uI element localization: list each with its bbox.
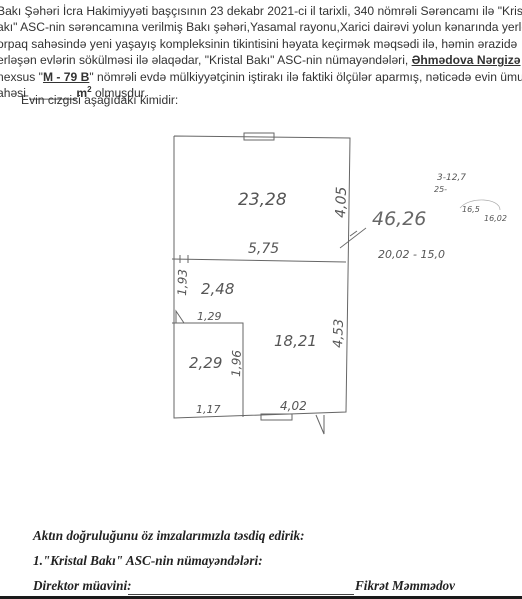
dim-hall-left: 1,93 [175, 269, 190, 296]
entrance-door [316, 415, 324, 434]
dim-hall-bottom: 1,29 [197, 310, 222, 323]
dim-top-right: 4,05 [333, 186, 350, 218]
area-hall: 2,48 [201, 280, 234, 298]
middle-wall [172, 259, 346, 262]
dim-middle-width: 5,75 [248, 241, 279, 257]
note-mid: 16,5 [462, 205, 480, 214]
floor-plan: 23,28 4,05 5,75 1,93 2,48 1,29 2,29 1,96… [0, 0, 522, 599]
dim-small-bottom: 1,17 [196, 403, 221, 416]
note-top: 3-12,7 [437, 173, 466, 183]
signature-row: Direktor müavini: Fikrət Məmmədov [33, 578, 503, 594]
note-bottom: 20,02 - 15,0 [378, 248, 445, 261]
dim-large-bottom: 4,02 [280, 399, 307, 413]
role-label: Direktor müavini: [33, 578, 132, 593]
area-large: 18,21 [274, 332, 317, 350]
door-swing [176, 311, 184, 323]
dim-large-right: 4,53 [331, 319, 347, 348]
org-text: 1."Kristal Bakı" ASC-nin nümayəndələri: [33, 553, 503, 569]
note-right: 16,02 [484, 214, 507, 223]
dim-small-right: 1,96 [229, 350, 244, 378]
total-area: 46,26 [372, 208, 426, 230]
signatory-name: Fikrət Məmmədov [355, 578, 455, 594]
confirm-text: Aktın doğruluğunu öz imzalarımızla təsdi… [33, 528, 503, 544]
note-top2: 25- [434, 185, 447, 194]
signature-line [128, 594, 354, 595]
area-main: 23,28 [238, 190, 287, 210]
outer-wall [174, 136, 350, 418]
area-small: 2,29 [189, 354, 222, 372]
